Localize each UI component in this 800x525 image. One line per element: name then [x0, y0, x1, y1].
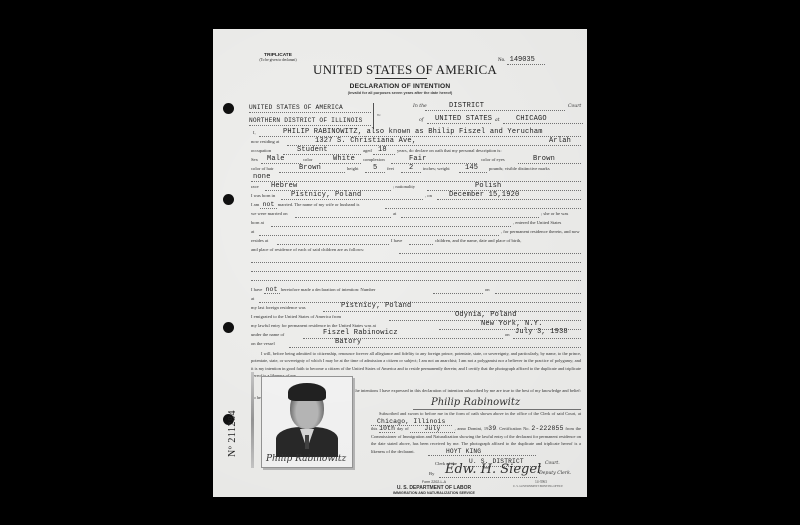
- court-of: UNITED STATES: [435, 115, 492, 123]
- title-divider: [375, 78, 427, 79]
- height-inches: 2: [409, 164, 413, 172]
- photo-signature: Philip Rabinowitz: [266, 454, 348, 464]
- court-type: DISTRICT: [449, 102, 484, 110]
- cert-no-label: . Certification No.: [496, 426, 529, 431]
- number-label: No.: [498, 58, 505, 63]
- color-value: White: [333, 155, 355, 163]
- clerk-court-label: Court.: [545, 460, 560, 468]
- ss-label: ss:: [377, 113, 381, 117]
- document-number: No. 149035: [498, 56, 545, 64]
- court-brace: [373, 103, 374, 129]
- married-line: I am not married. The name of my wife or…: [251, 201, 359, 209]
- photo-tie: [305, 435, 309, 449]
- birthdate-value: December 15,1920: [449, 191, 519, 199]
- nationality-value: Polish: [475, 182, 501, 190]
- residence-label: , for permanent residence therein, and n…: [501, 228, 580, 236]
- residing-label: now residing at: [251, 138, 279, 146]
- emigrated-label: I emigrated to the United States of Amer…: [251, 313, 341, 321]
- cert-no-value: 2-222855: [531, 425, 563, 432]
- race-value: Hebrew: [271, 182, 297, 190]
- feet-label: feet: [387, 165, 394, 173]
- court-at: CHICAGO: [516, 115, 547, 123]
- cert-day: 10th: [379, 425, 395, 433]
- prior-at-label: at: [251, 295, 254, 303]
- marks-label: pounds; visible distinctive marks: [489, 165, 550, 173]
- eyes-label: color of eyes: [481, 156, 505, 164]
- spouse-born-suffix: ; she or he was: [541, 210, 568, 218]
- alias-continued: Arlah: [549, 137, 571, 145]
- serial-value: 211284: [227, 410, 238, 443]
- on-label: , on: [425, 192, 432, 200]
- married-prefix: I am: [251, 202, 259, 207]
- document-subtitle: DECLARATION OF INTENTION: [213, 83, 587, 90]
- jurisdiction-line2: NORTHERN DISTRICT OF ILLINOIS: [249, 117, 362, 124]
- children-label: I have: [391, 237, 402, 245]
- nationality-label: ; nationality: [393, 183, 415, 191]
- weight-value: 145: [465, 164, 478, 172]
- married-suffix: married. The name of my wife or husband …: [278, 202, 360, 207]
- cert-month: July: [410, 425, 454, 433]
- emigrated-from-value: Odynia, Poland: [455, 311, 517, 319]
- prior-status: not: [264, 286, 280, 294]
- declaration-document: TRIPLICATE (To be given to declarant) No…: [213, 29, 587, 497]
- validity-note: (Invalid for all purposes seven years af…: [213, 91, 587, 95]
- prior-declaration-line: I have not heretofore made a declaration…: [251, 286, 375, 294]
- court-label: Court: [568, 103, 581, 111]
- by-label: By: [429, 470, 434, 478]
- prior-on-label: on: [485, 286, 490, 294]
- declarant-name: PHILIP RABINOWITZ, also known as Bhilip …: [283, 128, 543, 136]
- cert-text1: Subscribed and sworn to before me in the…: [371, 411, 581, 416]
- married-on-label: we were married on: [251, 210, 288, 218]
- entry-name-label: under the name of: [251, 331, 284, 339]
- children-suffix: children, and the name, date and place o…: [435, 237, 521, 245]
- jurisdiction-line1: UNITED STATES OF AMERICA: [249, 104, 343, 111]
- last-residence-label: my last foreign residence was: [251, 304, 306, 312]
- sex-label: Sex: [251, 156, 258, 164]
- cert-this-label: this: [371, 426, 377, 431]
- prior-prefix: I have: [251, 287, 262, 292]
- married-at-label: at: [393, 210, 396, 218]
- age-value: 18: [378, 146, 387, 154]
- i-label: I,: [253, 129, 256, 137]
- entry-name-value: Fiszel Rabinowicz: [323, 329, 398, 337]
- entry-date-value: July 3, 1938: [515, 328, 568, 336]
- eyes-value: Brown: [533, 155, 555, 163]
- entry-port-value: New York, N.Y.: [481, 320, 543, 328]
- height-label: height: [347, 165, 358, 173]
- at-label: at: [495, 117, 500, 125]
- printer-name: U. S. GOVERNMENT PRINTING OFFICE: [513, 485, 563, 488]
- declarant-signature: Philip Rabinowitz: [431, 397, 520, 408]
- occupation-value: Student: [297, 146, 328, 154]
- page-title: UNITED STATES OF AMERICA: [313, 62, 497, 78]
- resides-label: resides at: [251, 237, 268, 245]
- triplicate-label: TRIPLICATE (To be given to declarant): [253, 53, 303, 63]
- photo-hair: [288, 383, 326, 401]
- vessel-label: on the vessel: [251, 340, 275, 348]
- photo-shadow: [251, 372, 254, 468]
- hair-value: Brown: [299, 164, 321, 172]
- number-value: 149035: [507, 56, 545, 65]
- cert-day-of-label: day of: [397, 426, 409, 431]
- print-code: 14-3963: [535, 480, 547, 484]
- inches-label: inches; weight: [423, 165, 450, 173]
- punch-hole: [223, 194, 234, 205]
- prior-suffix: heretofore made a declaration of intenti…: [281, 287, 376, 292]
- deputy-clerk-signature: Edw. H. Siegel: [445, 462, 541, 477]
- deputy-clerk-label: Deputy Clerk.: [539, 470, 571, 478]
- serial-label: Nº: [227, 446, 238, 457]
- service-name: IMMIGRATION AND NATURALIZATION SERVICE: [363, 491, 505, 495]
- punch-hole: [223, 103, 234, 114]
- children-list-label: and place of residence of each of said c…: [251, 246, 364, 254]
- entered-label: , entered the United States: [513, 219, 561, 227]
- triplicate-note: (To be given to declarant): [253, 58, 303, 63]
- marks-value: none: [253, 173, 271, 181]
- last-residence-value: Pistnicy, Poland: [341, 302, 411, 310]
- birthplace-value: Pistnicy, Poland: [291, 191, 361, 199]
- form-number: Form 2202-L-A: [389, 480, 479, 484]
- vessel-value: Batory: [335, 338, 361, 346]
- sex-value: Male: [267, 155, 285, 163]
- declarant-photo: Philip Rabinowitz: [261, 376, 353, 468]
- of-label: of: [419, 117, 423, 125]
- aged-label: aged: [363, 147, 372, 155]
- entered-at-label: at: [251, 228, 254, 236]
- punch-hole: [223, 322, 234, 333]
- address-value: 1327 S. Christiana Ave,: [315, 137, 416, 145]
- spouse-born-label: born at: [251, 219, 264, 227]
- serial-number: Nº 211284: [227, 410, 238, 457]
- born-label: I was born in: [251, 192, 275, 200]
- clerk-name: HOYT KING: [446, 448, 481, 455]
- height-feet: 5: [373, 164, 377, 172]
- married-status: not: [260, 201, 276, 209]
- complexion-value: Fair: [409, 155, 427, 163]
- entry-on-label: on: [505, 331, 510, 339]
- race-label: race: [251, 183, 259, 191]
- cert-anno-label: , anno Domini, 19: [455, 426, 489, 431]
